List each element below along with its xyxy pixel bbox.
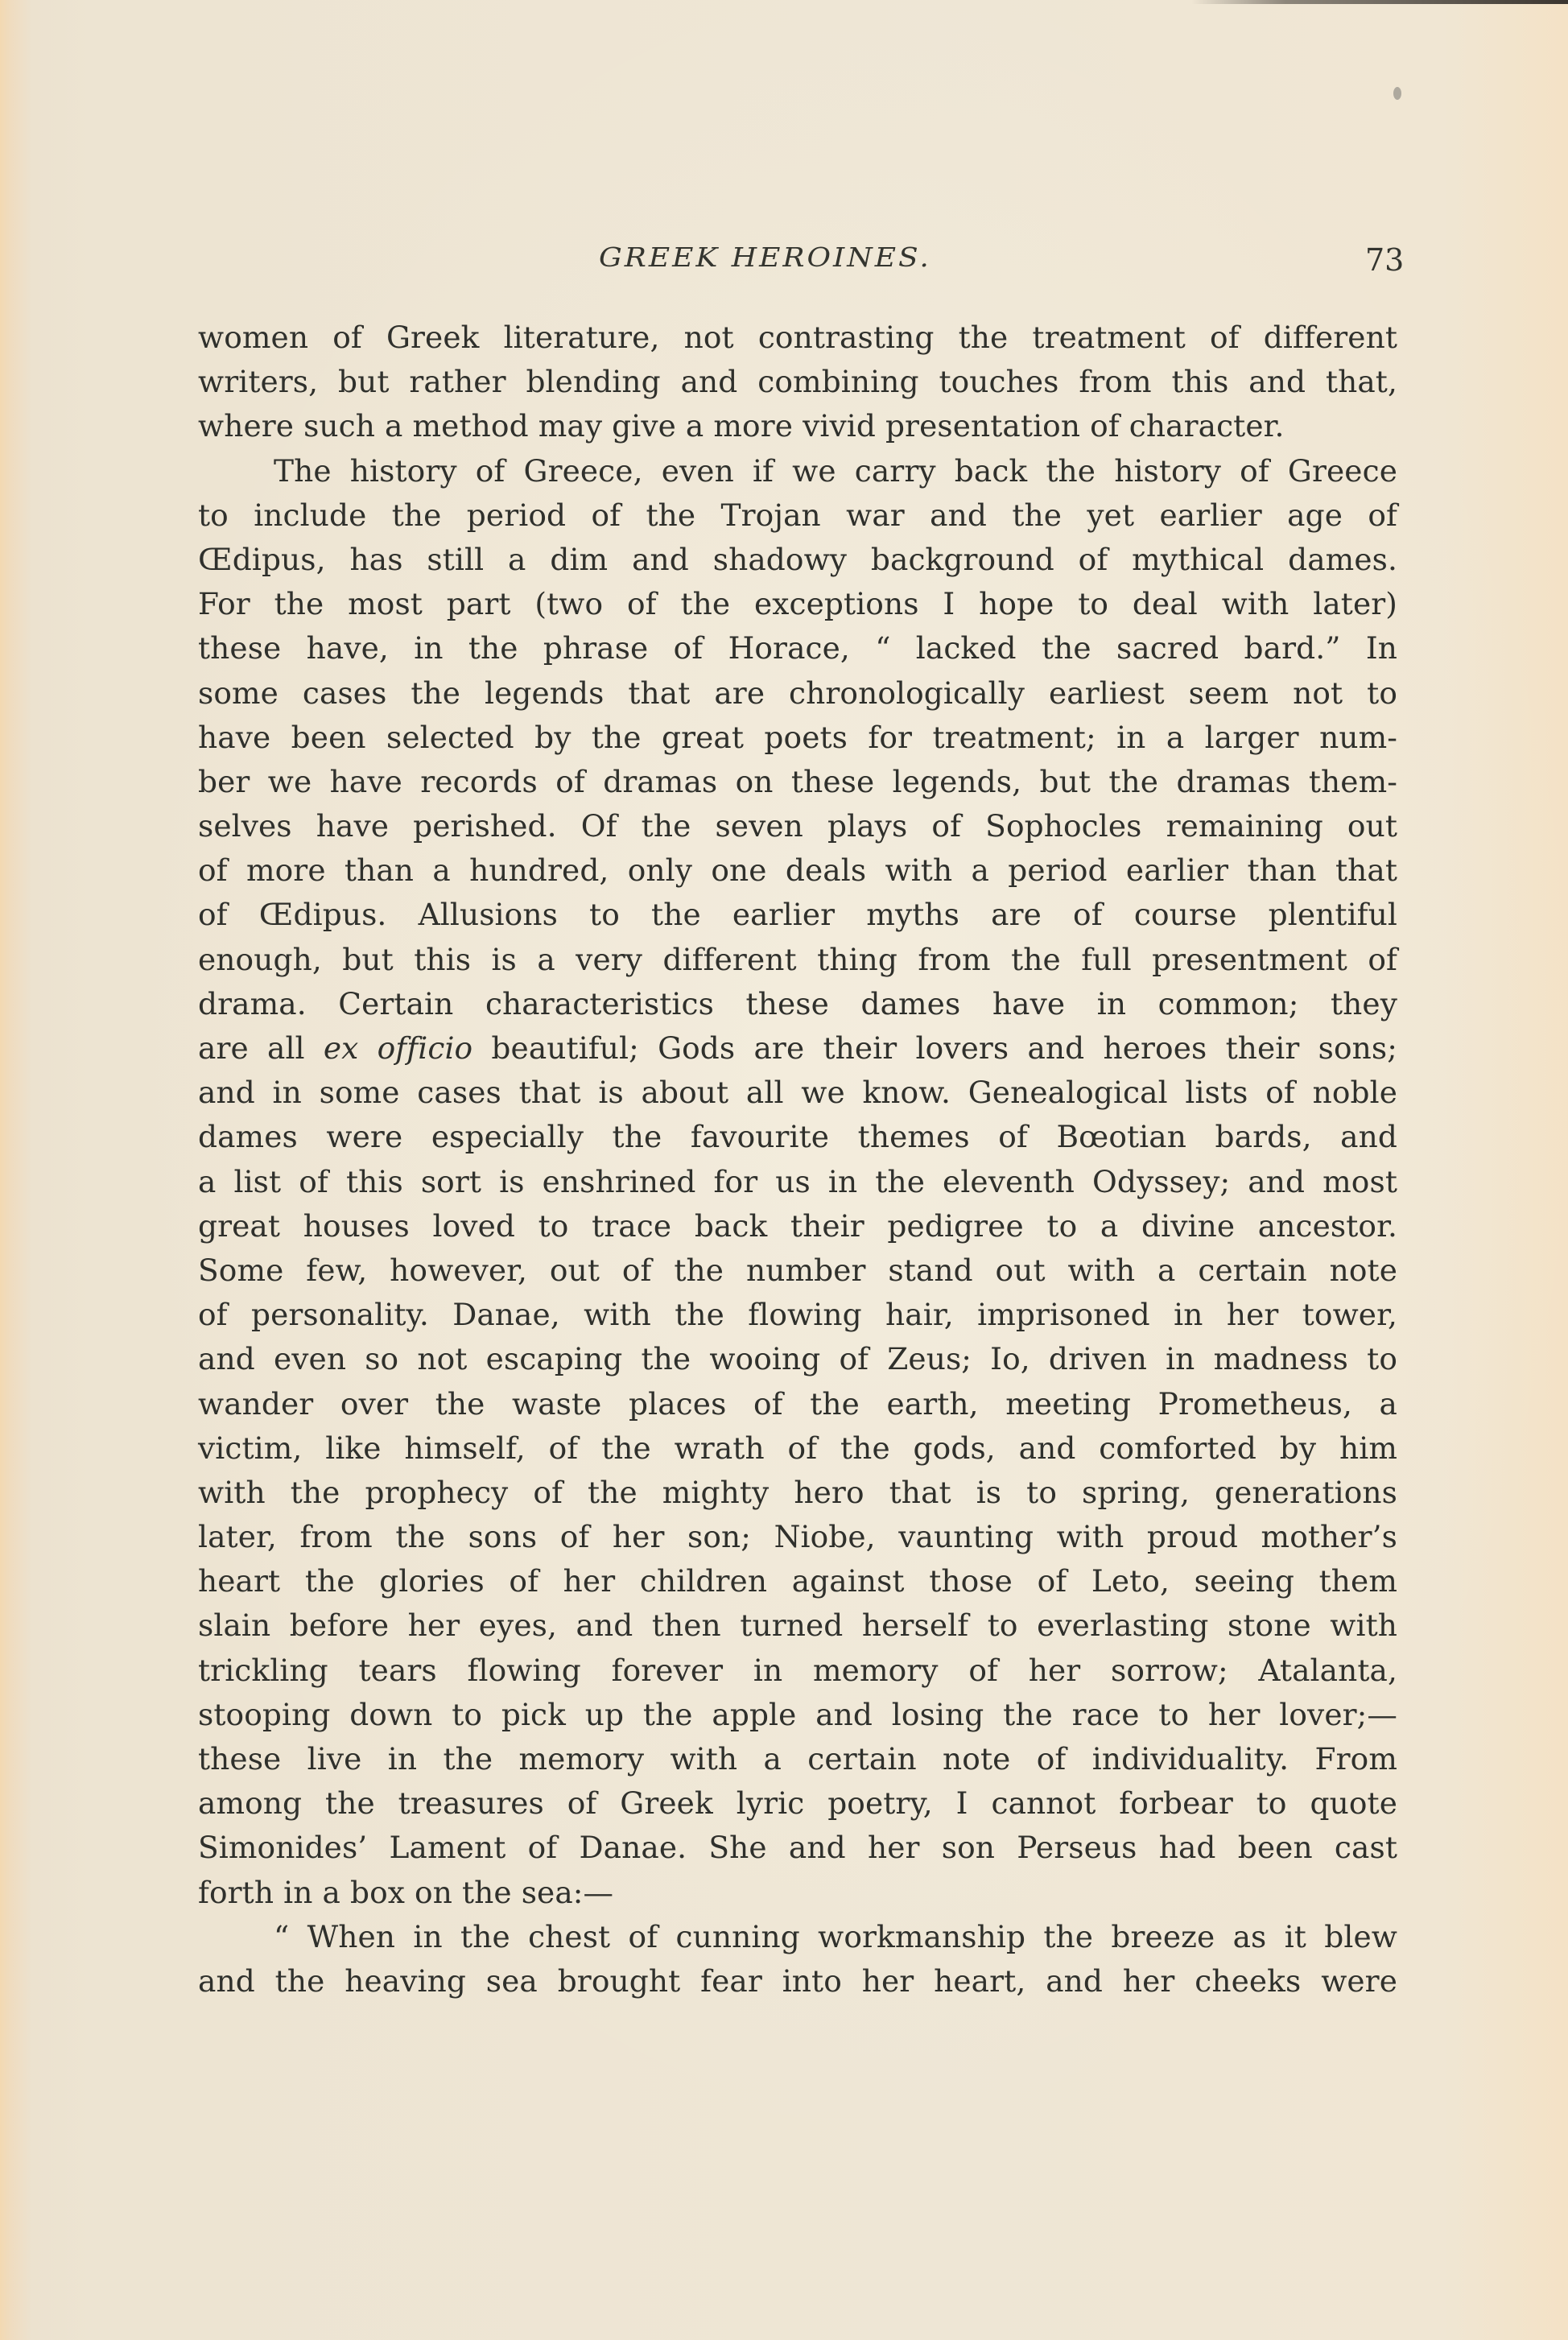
text-line: have been selected by the great poets fo… [198,716,1397,760]
text-line: selves have perished. Of the seven plays… [198,804,1397,848]
text-line: trickling tears flowing forever in memor… [198,1649,1397,1693]
text-line: of personality. Danae, with the flowing … [198,1293,1397,1337]
paper-speck [1393,87,1401,100]
page-edge-shadow [1191,0,1568,4]
text-line: Simonides’ Lament of Danae. She and her … [198,1826,1397,1870]
text-line: of Œdipus. Allusions to the earlier myth… [198,893,1397,937]
text-line: these live in the memory with a certain … [198,1737,1397,1781]
text-line: some cases the legends that are chronolo… [198,671,1397,716]
text-line: writers, but rather blending and combini… [198,360,1397,404]
text-line: later, from the sons of her son; Niobe, … [198,1515,1397,1559]
italic-phrase: ex officio [324,1030,472,1066]
text-line: wander over the waste places of the eart… [198,1382,1397,1426]
text-line: heart the glories of her children agains… [198,1559,1397,1603]
text-line: are all ex officio beautiful; Gods are t… [198,1026,1397,1071]
text-line: these have, in the phrase of Horace, “ l… [198,626,1397,671]
text-line: where such a method may give a more vivi… [198,404,1397,448]
running-title: GREEK HEROINES. [599,240,931,277]
text-line: to include the period of the Trojan war … [198,493,1397,538]
text-line: victim, like himself, of the wrath of th… [198,1426,1397,1471]
body-text: women of Greek literature, not contrasti… [198,316,1397,2004]
text-line: among the treasures of Greek lyric poetr… [198,1781,1397,1826]
running-head: GREEK HEROINES. 73 [0,240,1568,280]
text-line: a list of this sort is enshrined for us … [198,1160,1397,1204]
text-line: ber we have records of dramas on these l… [198,760,1397,804]
text-line: forth in a box on the sea:— [198,1871,1397,1915]
text-line: and the heaving sea brought fear into he… [198,1959,1397,2004]
text-line: stooping down to pick up the apple and l… [198,1693,1397,1737]
text-line: slain before her eyes, and then turned h… [198,1603,1397,1648]
book-page: GREEK HEROINES. 73 women of Greek litera… [0,0,1568,2340]
text-segment: are all [198,1030,324,1066]
text-line: and even so not escaping the wooing of Z… [198,1337,1397,1381]
text-line: dames were especially the favourite them… [198,1115,1397,1159]
text-line: and in some cases that is about all we k… [198,1071,1397,1115]
text-line: The history of Greece, even if we carry … [198,449,1397,493]
text-line: drama. Certain characteristics these dam… [198,982,1397,1026]
text-line: of more than a hundred, only one deals w… [198,848,1397,893]
text-line: Œdipus, has still a dim and shadowy back… [198,538,1397,582]
text-line: For the most part (two of the exceptions… [198,582,1397,626]
text-line: “ When in the chest of cunning workmansh… [198,1915,1397,1959]
text-line: enough, but this is a very different thi… [198,938,1397,982]
text-line: women of Greek literature, not contrasti… [198,316,1397,360]
text-segment: beautiful; Gods are their lovers and her… [472,1030,1397,1066]
text-line: Some few, however, out of the number sta… [198,1248,1397,1293]
page-number: 73 [1365,240,1404,280]
text-line: with the prophecy of the mighty hero tha… [198,1471,1397,1515]
text-line: great houses loved to trace back their p… [198,1204,1397,1248]
